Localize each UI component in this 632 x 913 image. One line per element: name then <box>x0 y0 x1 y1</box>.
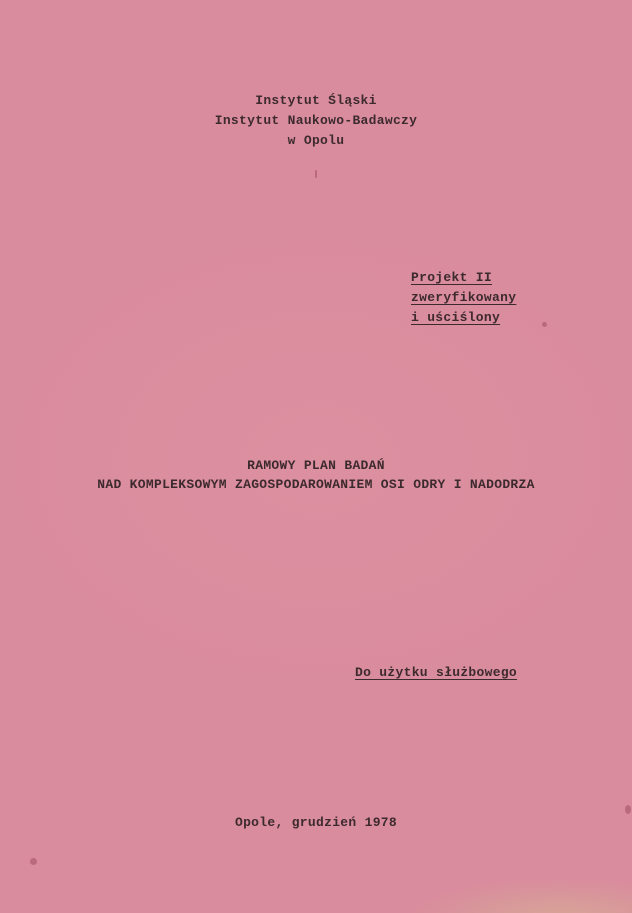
paper-stain <box>625 805 631 814</box>
institute-location: w Opolu <box>0 133 632 148</box>
paper-mark <box>315 170 317 178</box>
paper-stain <box>542 322 547 327</box>
paper-stain <box>30 858 37 865</box>
project-note-line1: Projekt II <box>411 270 492 285</box>
institute-subtitle: Instytut Naukowo-Badawczy <box>0 113 632 128</box>
classification-label: Do użytku służbowego <box>355 665 517 680</box>
document-cover-page: Instytut Śląski Instytut Naukowo-Badawcz… <box>0 0 632 913</box>
project-note-line3: i uściślony <box>411 310 500 325</box>
document-title: RAMOWY PLAN BADAŃ <box>0 458 632 473</box>
place-and-date: Opole, grudzień 1978 <box>0 815 632 830</box>
project-note-line2: zweryfikowany <box>411 290 516 305</box>
institute-name: Instytut Śląski <box>0 93 632 108</box>
document-subtitle: NAD KOMPLEKSOWYM ZAGOSPODAROWANIEM OSI O… <box>0 477 632 492</box>
